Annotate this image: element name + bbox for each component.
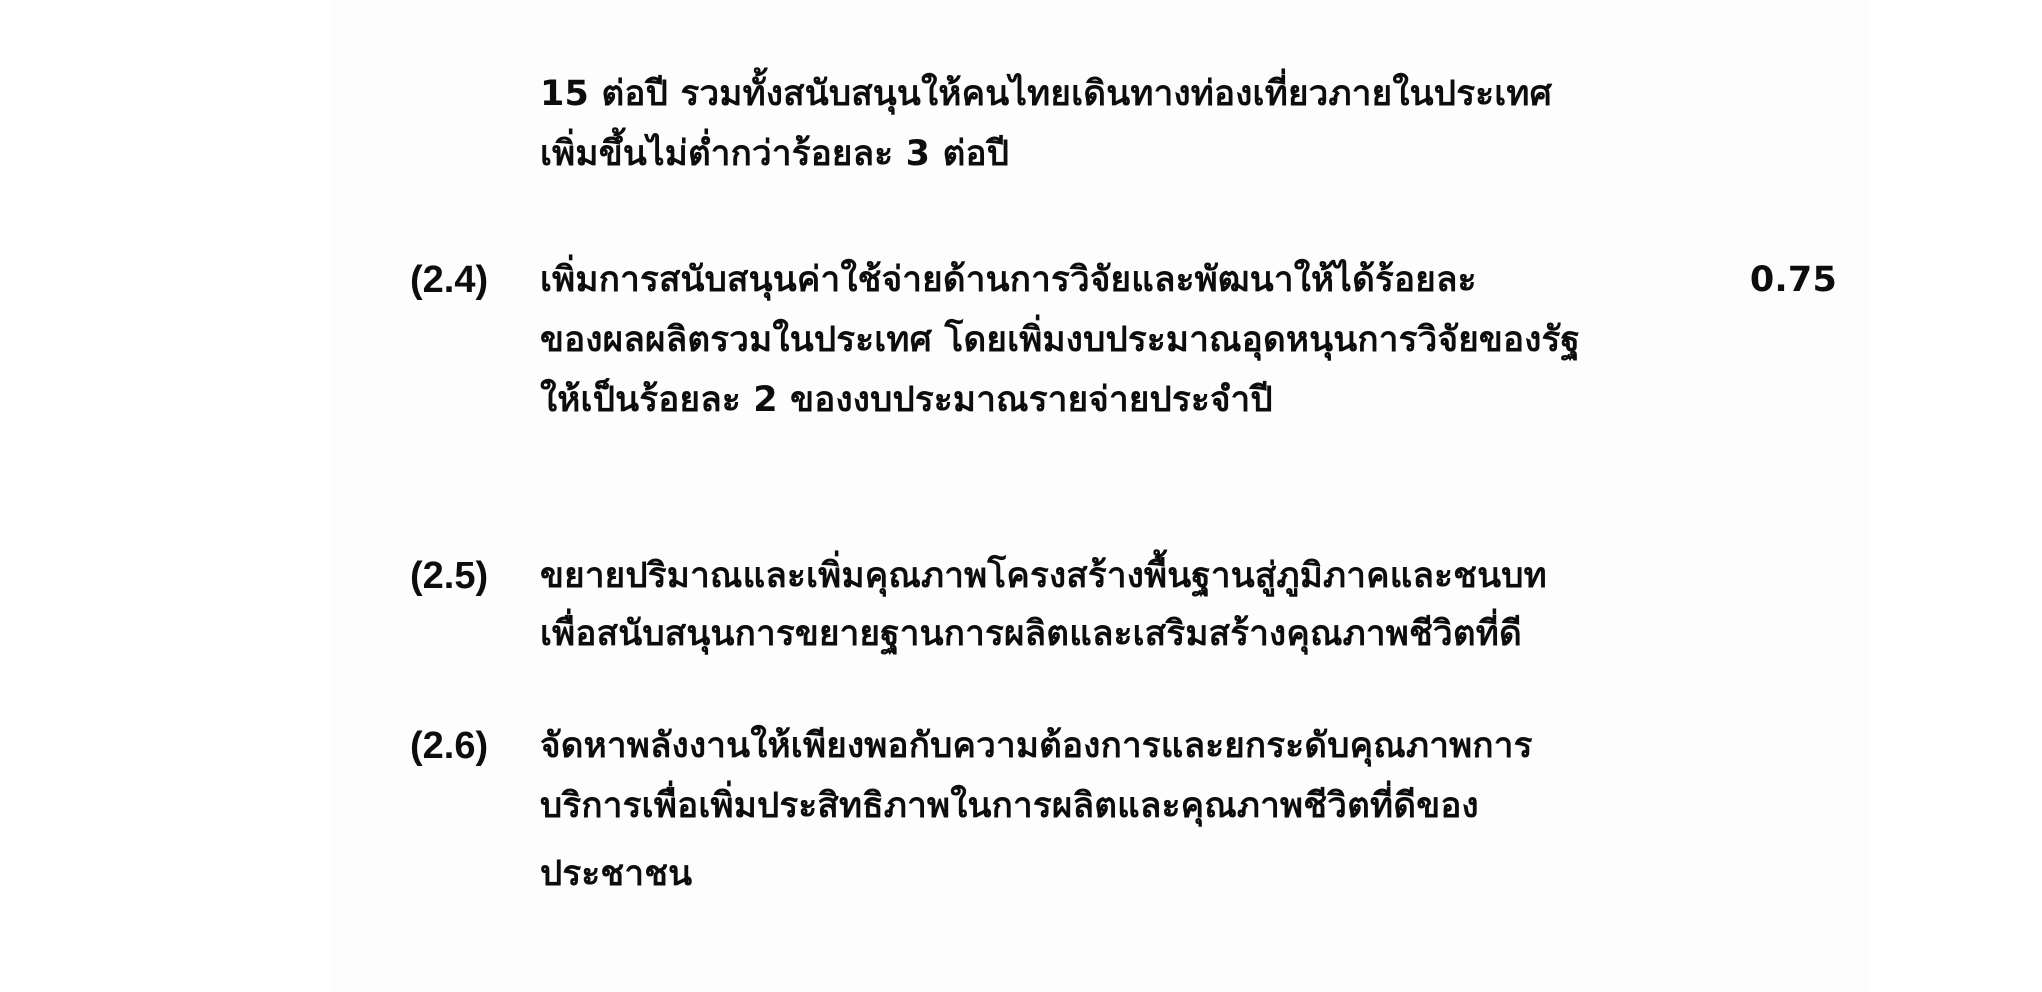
item-2-6-line-3: ประชาชน bbox=[540, 852, 692, 896]
item-label-2-4: (2.4) bbox=[410, 258, 488, 302]
item-2-4-percentage-value: 0.75 bbox=[1750, 258, 1837, 302]
item-2-6-line-2: บริการเพื่อเพิ่มประสิทธิภาพในการผลิตและค… bbox=[540, 784, 1479, 828]
item-2-4-line-3: ให้เป็นร้อยละ 2 ของงบประมาณรายจ่ายประจำป… bbox=[540, 378, 1273, 422]
item-label-2-5: (2.5) bbox=[410, 554, 488, 598]
item-2-4-line-1: เพิ่มการสนับสนุนค่าใช้จ่ายด้านการวิจัยแล… bbox=[540, 258, 1837, 302]
item-label-2-6: (2.6) bbox=[410, 724, 488, 768]
intro-line-2: เพิ่มขึ้นไม่ต่ำกว่าร้อยละ 3 ต่อปี bbox=[540, 132, 1009, 176]
item-2-4-line-1-text: เพิ่มการสนับสนุนค่าใช้จ่ายด้านการวิจัยแล… bbox=[540, 258, 1477, 302]
item-2-4-line-2: ของผลผลิตรวมในประเทศ โดยเพิ่มงบประมาณอุด… bbox=[540, 318, 1580, 362]
intro-line-1: 15 ต่อปี รวมทั้งสนับสนุนให้คนไทยเดินทางท… bbox=[540, 72, 1552, 116]
item-2-6-line-1: จัดหาพลังงานให้เพียงพอกับความต้องการและย… bbox=[540, 724, 1533, 768]
item-2-5-line-1: ขยายปริมาณและเพิ่มคุณภาพโครงสร้างพื้นฐาน… bbox=[540, 554, 1547, 598]
item-2-5-line-2: เพื่อสนับสนุนการขยายฐานการผลิตและเสริมสร… bbox=[540, 612, 1522, 656]
